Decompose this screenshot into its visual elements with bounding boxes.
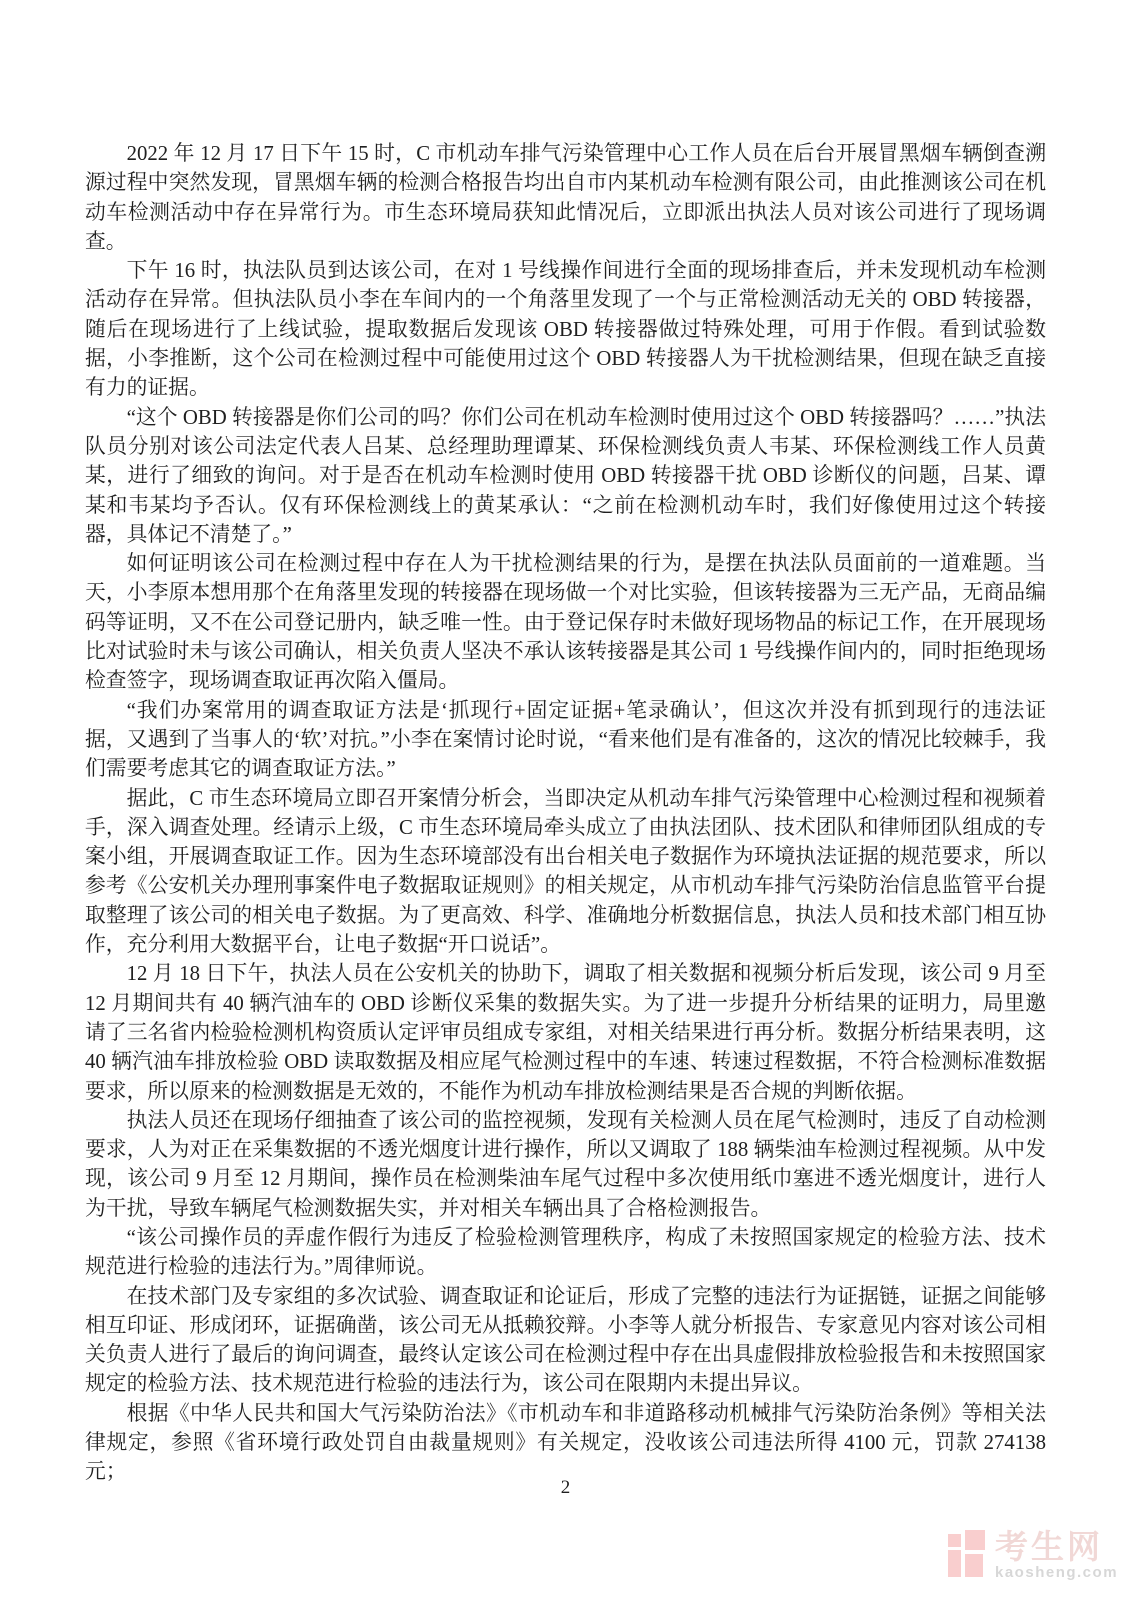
paragraph: 根据《中华人民共和国大气污染防治法》《市机动车和非道路移动机械排气污染防治条例》… <box>85 1399 1046 1487</box>
paragraph: 12 月 18 日下午，执法人员在公安机关的协助下，调取了相关数据和视频分析后发… <box>85 959 1046 1105</box>
watermark: 考生网 kaosheng.com <box>948 1530 1118 1580</box>
watermark-site-name: 考生网 <box>995 1530 1103 1563</box>
watermark-site-url: kaosheng.com <box>995 1565 1118 1580</box>
paragraph: “我们办案常用的调查取证方法是‘抓现行+固定证据+笔录确认’，但这次并没有抓到现… <box>85 696 1046 784</box>
paragraph: 在技术部门及专家组的多次试验、调查取证和论证后，形成了完整的违法行为证据链，证据… <box>85 1282 1046 1399</box>
page-number: 2 <box>0 1477 1131 1499</box>
document-body: 2022 年 12 月 17 日下午 15 时，C 市机动车排气污染管理中心工作… <box>85 139 1046 1487</box>
paragraph: 据此，C 市生态环境局立即召开案情分析会，当即决定从机动车排气污染管理中心检测过… <box>85 784 1046 960</box>
kaosheng-logo-icon <box>948 1530 985 1577</box>
document-page: 2022 年 12 月 17 日下午 15 时，C 市机动车排气污染管理中心工作… <box>0 0 1131 1600</box>
paragraph: 如何证明该公司在检测过程中存在人为干扰检测结果的行为，是摆在执法队员面前的一道难… <box>85 549 1046 695</box>
paragraph: “该公司操作员的弄虚作假行为违反了检验检测管理秩序，构成了未按照国家规定的检验方… <box>85 1223 1046 1282</box>
paragraph: 下午 16 时，执法队员到达该公司，在对 1 号线操作间进行全面的现场排查后，并… <box>85 256 1046 402</box>
paragraph: “这个 OBD 转接器是你们公司的吗？你们公司在机动车检测时使用过这个 OBD … <box>85 403 1046 549</box>
watermark-text-group: 考生网 kaosheng.com <box>995 1530 1118 1580</box>
paragraph: 执法人员还在现场仔细抽查了该公司的监控视频，发现有关检测人员在尾气检测时，违反了… <box>85 1106 1046 1223</box>
paragraph: 2022 年 12 月 17 日下午 15 时，C 市机动车排气污染管理中心工作… <box>85 139 1046 256</box>
